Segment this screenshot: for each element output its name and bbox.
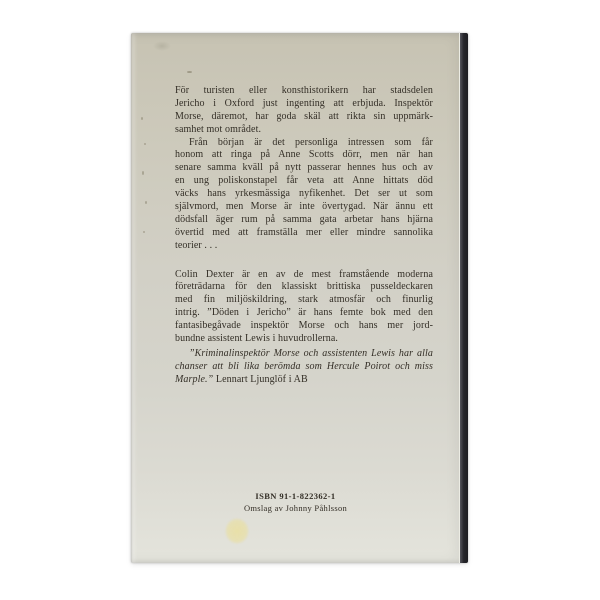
text-line: teorier . . .: [175, 240, 433, 253]
text-line: Jericho i Oxford just ingenting att erbj…: [175, 98, 433, 111]
text-line: honom att ringa på Anne Scotts dörr, men…: [175, 149, 433, 162]
text-line: Colin Dexter är en av de mest framståend…: [175, 269, 433, 282]
text-line: samhet mot området.: [175, 124, 433, 137]
blurb-paragraph-2: Från början är det personliga intressen …: [175, 137, 433, 253]
margin-speck: [187, 71, 192, 73]
text-line: Morse, däremot, har goda skäl att rikta …: [175, 111, 433, 124]
text-line: Marple.” Lennart Ljunglöf i AB: [175, 374, 433, 387]
text-line: För turisten eller konsthistorikern har …: [175, 85, 433, 98]
text-line: bundne assistent Lewis i huvudrollerna.: [175, 333, 433, 346]
margin-speck: [142, 171, 144, 175]
blurb-paragraph-1: För turisten eller konsthistorikern har …: [175, 85, 433, 137]
text-line: senare samma kväll på nytt passerar henn…: [175, 162, 433, 175]
text-line: företrädarna för den klassiskt brittiska…: [175, 281, 433, 294]
stain-bottom-center: [225, 518, 249, 544]
review-quote: ”Kriminalinspektör Morse och assistenten…: [175, 348, 433, 387]
text-block: För turisten eller konsthistorikern har …: [175, 85, 433, 387]
text-line: chanser att bli lika berömda som Hercule…: [175, 361, 433, 374]
text-line: Från början är det personliga intressen …: [175, 137, 433, 150]
isbn-line: ISBN 91-1-822362-1: [131, 490, 460, 502]
photo-background: För turisten eller konsthistorikern har …: [0, 0, 600, 600]
margin-speck: [141, 117, 143, 120]
text-line: självmord, men Morse är inte övertygad. …: [175, 201, 433, 214]
margin-speck: [144, 143, 146, 145]
text-line: fantasibegåvade inspektör Morse och hans…: [175, 320, 433, 333]
author-paragraph: Colin Dexter är en av de mest framståend…: [175, 269, 433, 346]
stain-top-left: [153, 41, 171, 51]
text-line: en ung poliskonstapel får veta att Anne …: [175, 175, 433, 188]
book-back-cover: För turisten eller konsthistorikern har …: [131, 33, 468, 563]
book-board-edge: [459, 33, 468, 563]
colophon: ISBN 91-1-822362-1 Omslag av Johnny Påhl…: [131, 490, 460, 514]
text-line: övertid med att framställa mer eller min…: [175, 227, 433, 240]
margin-speck: [143, 231, 145, 233]
cover-credit-line: Omslag av Johnny Påhlsson: [131, 502, 460, 514]
text-line: dödsfall äger rum på samma gata arbetar …: [175, 214, 433, 227]
margin-speck: [145, 201, 147, 204]
text-line: med fin miljöskildring, stark atmosfär o…: [175, 294, 433, 307]
text-line: ”Kriminalinspektör Morse och assistenten…: [175, 348, 433, 361]
text-line: intrig. ”Döden i Jericho” är hans femte …: [175, 307, 433, 320]
text-line: väcks hans yrkesmässiga nyfikenhet. Det …: [175, 188, 433, 201]
